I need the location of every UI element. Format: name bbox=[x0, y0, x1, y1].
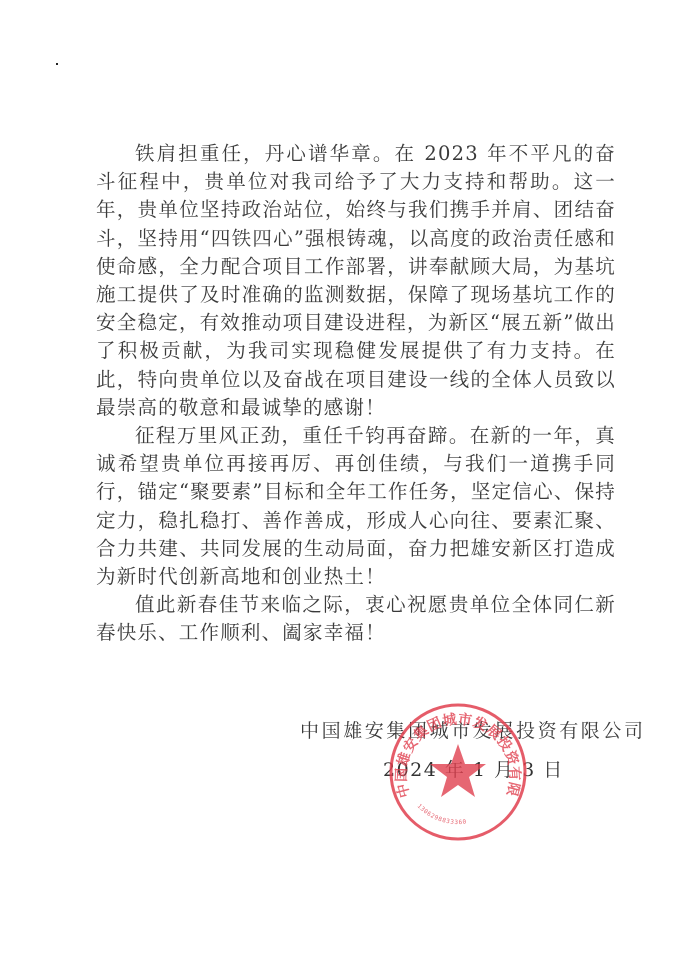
company-seal-icon: 中国雄安集团城市发展投资有限公司 1306298833360 bbox=[386, 700, 530, 844]
paragraph-thanks: 铁肩担重任，丹心谱华章。在 2023 年不平凡的奋斗征程中，贵单位对我司给予了大… bbox=[96, 140, 616, 422]
svg-text:1306298833360: 1306298833360 bbox=[416, 803, 468, 826]
paragraph-greeting: 值此新春佳节来临之际，衷心祝愿贵单位全体同仁新春快乐、工作顺利、阖家幸福！ bbox=[96, 591, 616, 647]
seal-serial: 1306298833360 bbox=[416, 803, 468, 826]
paragraph-outlook: 征程万里风正劲，重任千钧再奋蹄。在新的一年，真诚希望贵单位再接再厉、再创佳绩，与… bbox=[96, 422, 616, 591]
letter-body: 铁肩担重任，丹心谱华章。在 2023 年不平凡的奋斗征程中，贵单位对我司给予了大… bbox=[96, 140, 616, 648]
scan-speck bbox=[56, 63, 58, 65]
